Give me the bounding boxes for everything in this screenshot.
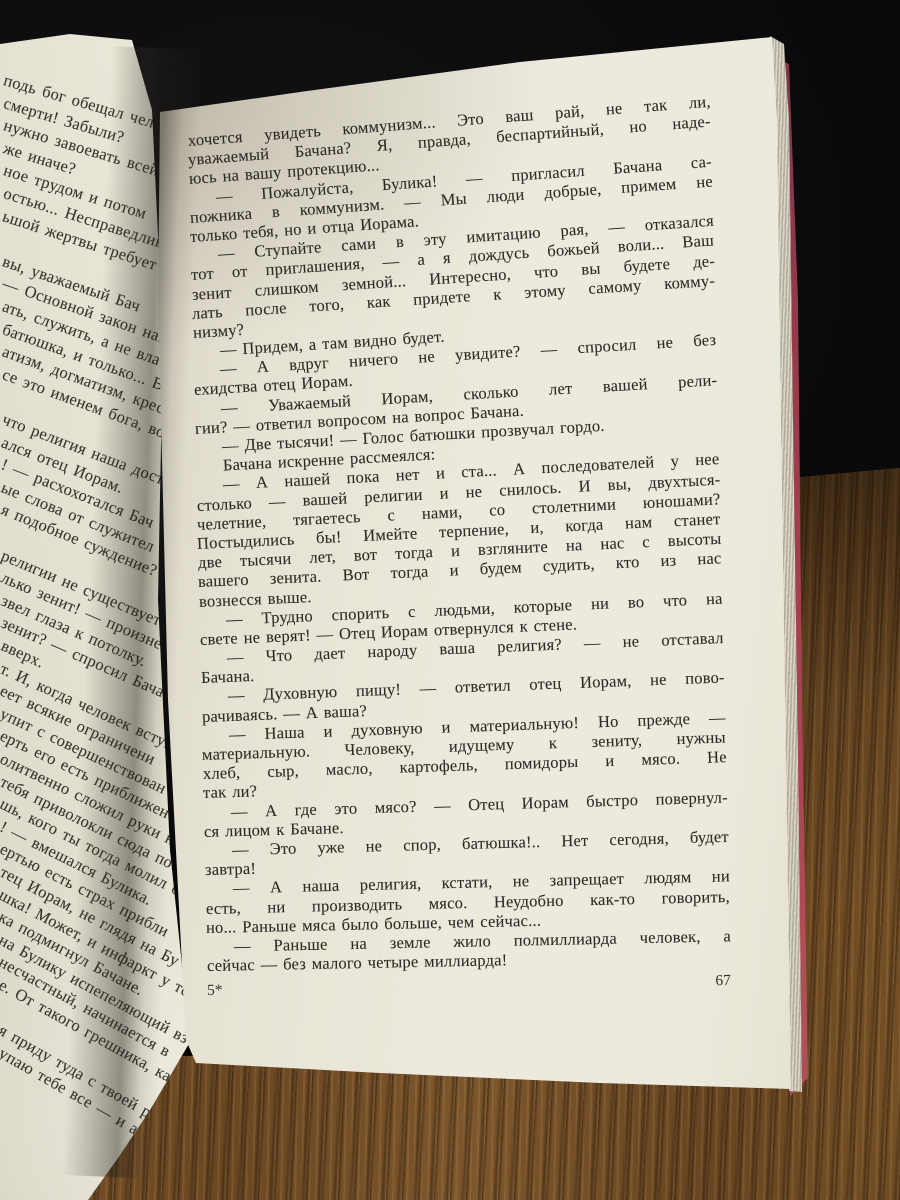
page-number: 67 [715,972,731,990]
page-footer: 5* 67 [207,972,731,1000]
book-photo-scene: подь бог обещал челосмерти! Забыли?нужно… [0,0,900,1200]
right-page-text: хочется увидеть коммунизм... Это ваш рай… [188,131,754,1000]
footnote-mark: 5* [207,982,223,1000]
right-page-text-lines: хочется увидеть коммунизм... Это ваш рай… [188,131,754,975]
